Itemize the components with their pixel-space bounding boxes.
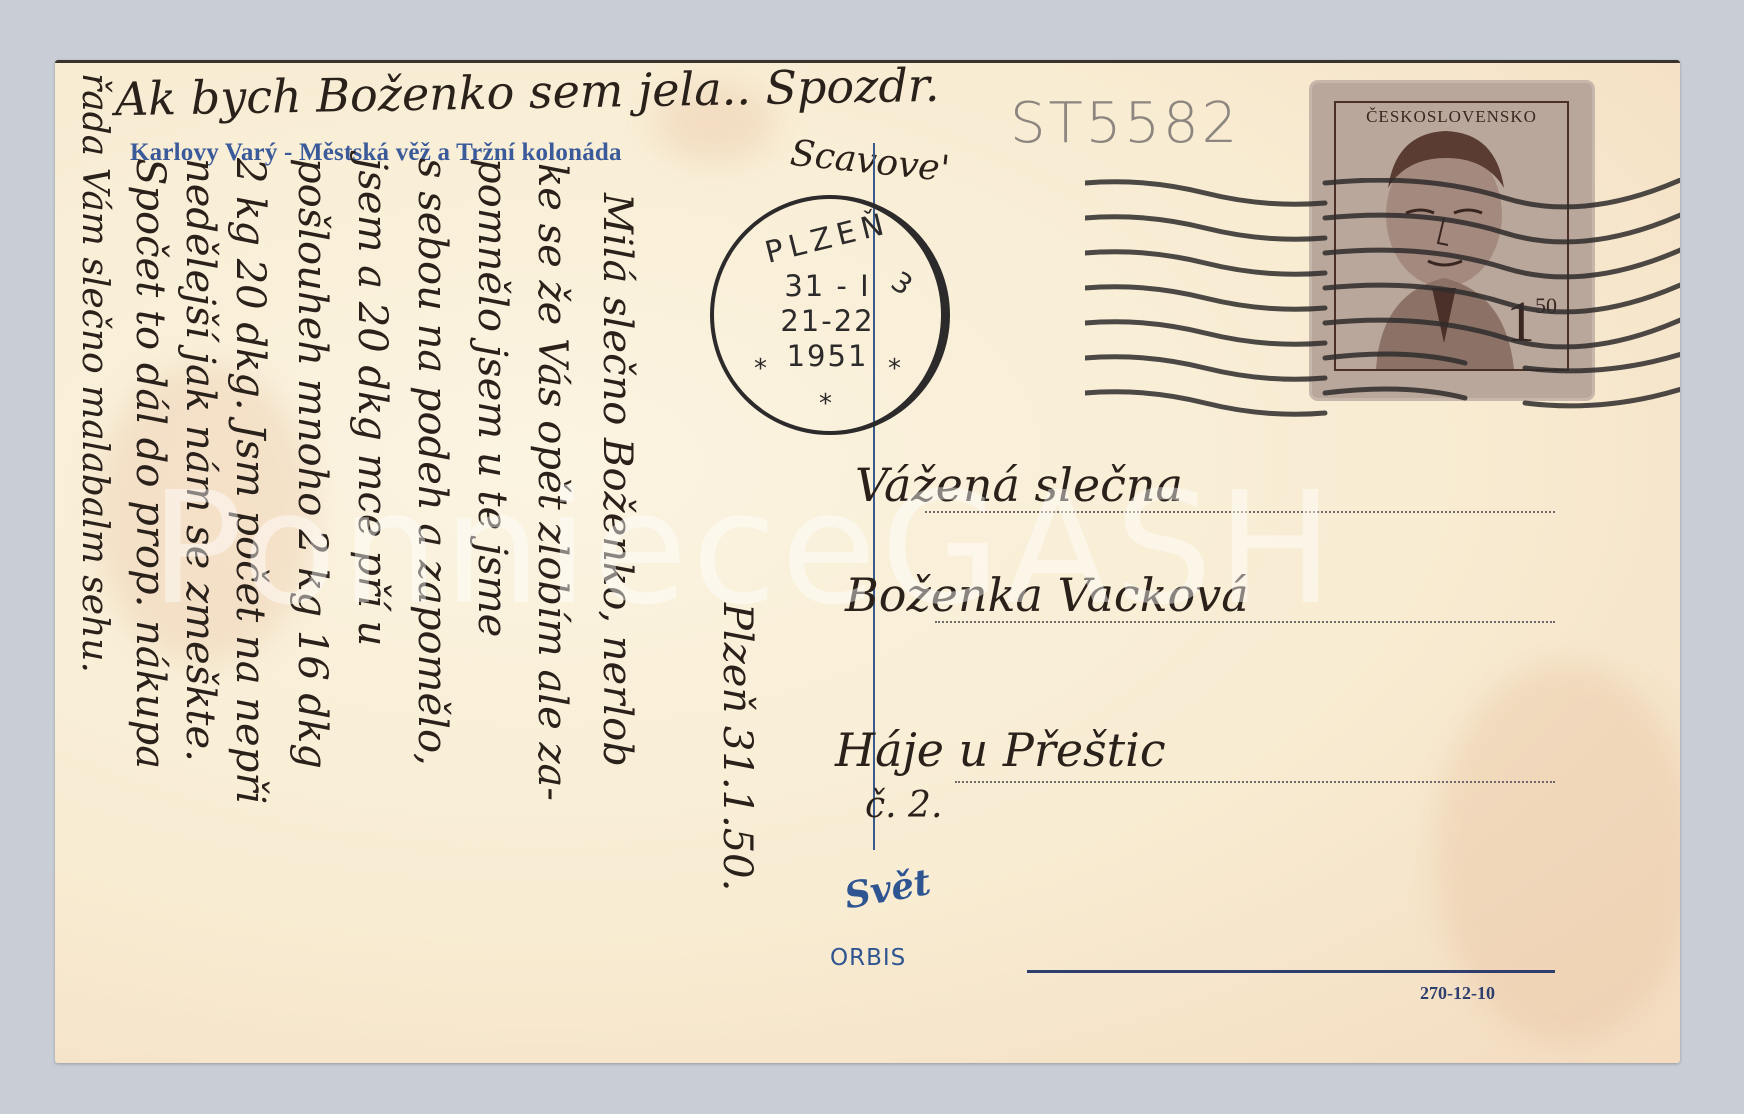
address-name: Boženka Vacková bbox=[845, 568, 1249, 622]
postmark-year: 1951 bbox=[714, 339, 941, 373]
address-town: Háje u Přeštic bbox=[835, 723, 1166, 777]
svet-logo-icon: Svět bbox=[840, 861, 941, 946]
postmark-star: * bbox=[888, 354, 901, 384]
message-top-right: Scavove' bbox=[788, 133, 951, 190]
message-line: pomnělo jsem u te jsme bbox=[469, 158, 515, 637]
print-code: 270-12-10 bbox=[1420, 983, 1495, 1004]
message-line: jsem a 20 dkg mce pří u bbox=[349, 158, 395, 646]
address-dotted-line bbox=[935, 621, 1555, 623]
address-bottom-line bbox=[1027, 970, 1555, 973]
cancellation-lines bbox=[1085, 178, 1680, 478]
address-dotted-line bbox=[925, 511, 1555, 513]
message-line: Spočet to dál do prop. nákupa bbox=[127, 158, 173, 769]
message-line: Milá slečno Boženko, nerlob bbox=[594, 193, 640, 767]
message-line: ke se že Vás opět zlobím ale za- bbox=[529, 163, 575, 801]
address-salutation: Vážená slečna bbox=[855, 458, 1183, 512]
postmark-city: PLZEŇ bbox=[762, 206, 893, 271]
message-line: 2 kg 20 dkg. Jsm počet na nepři bbox=[227, 158, 273, 804]
publisher-name: ORBIS bbox=[830, 945, 906, 971]
address-house-no: č. 2. bbox=[865, 785, 942, 826]
message-line: s sebou na podeh a zapomělo, bbox=[409, 158, 455, 766]
inventory-code: ST5582 bbox=[1010, 91, 1240, 156]
address-dotted-line bbox=[955, 781, 1555, 783]
message-signoff: Plzeň 31.1.50. bbox=[714, 603, 760, 891]
message-top-line: Ak bych Boženko sem jela.. Spozdr. bbox=[115, 60, 940, 126]
postmark-date: 31 - I bbox=[714, 269, 941, 303]
message-side-left: řada Vám slečno malabalm sehu. bbox=[74, 73, 115, 673]
postmark-star: * bbox=[754, 354, 767, 384]
postmark-time: 21-22 bbox=[714, 304, 941, 338]
postmark: PLZEŇ 3 31 - I 21-22 1951 * * * bbox=[710, 195, 950, 435]
postmark-star: * bbox=[819, 389, 832, 419]
postcard-back: Karlovy Varý - Městská věž a Tržní kolon… bbox=[55, 60, 1680, 1063]
message-line: pošlouheh mnoho 2 kg 16 dkg bbox=[289, 158, 335, 769]
message-line: nedělejší jak nám se zmeškte. bbox=[177, 158, 223, 762]
